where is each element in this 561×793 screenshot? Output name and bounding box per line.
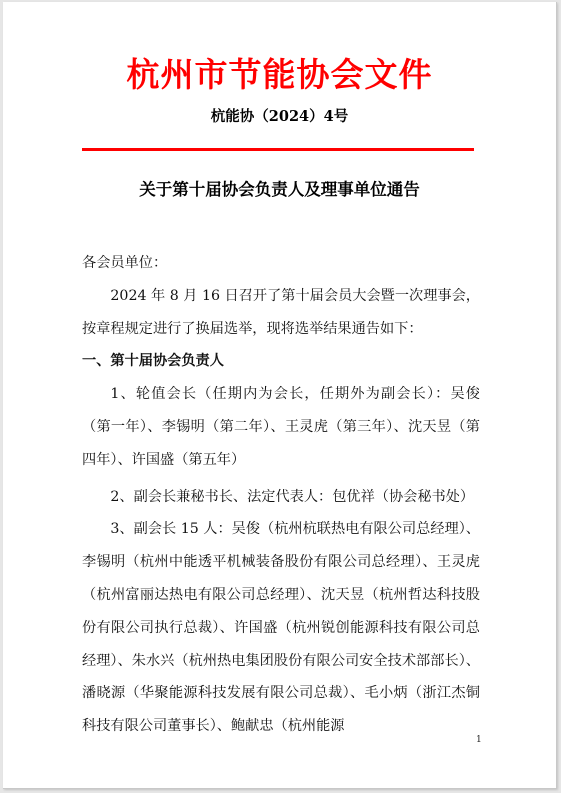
list-item: 2、副会长兼秘书长、法定代表人：包优祥（协会秘书处） [82, 481, 480, 514]
list-item: 1、轮值会长（任期内为会长，任期外为副会长）：吴俊（第一年）、李锡明（第二年）、… [82, 378, 480, 476]
intro-paragraph: 2024 年 8 月 16 日召开了第十届会员大会暨一次理事会，按章程规定进行了… [82, 280, 480, 346]
document-page: 杭州市节能协会文件 杭能协（2024）4号 关于第十届协会负责人及理事单位通告 … [3, 2, 557, 789]
list-item: 3、副会长 15 人：吴俊（杭州杭联热电有限公司总经理）、李锡明（杭州中能透平机… [82, 513, 480, 743]
section-heading: 一、第十届协会负责人 [82, 345, 480, 378]
salutation: 各会员单位： [82, 247, 480, 280]
document-number: 杭能协（2024）4号 [3, 107, 556, 127]
red-divider [82, 148, 474, 151]
organization-title: 杭州市节能协会文件 [3, 55, 556, 95]
document-body: 各会员单位： 2024 年 8 月 16 日召开了第十届会员大会暨一次理事会，按… [82, 247, 480, 743]
page-number: 1 [476, 735, 482, 745]
notice-title: 关于第十届协会负责人及理事单位通告 [3, 179, 556, 201]
